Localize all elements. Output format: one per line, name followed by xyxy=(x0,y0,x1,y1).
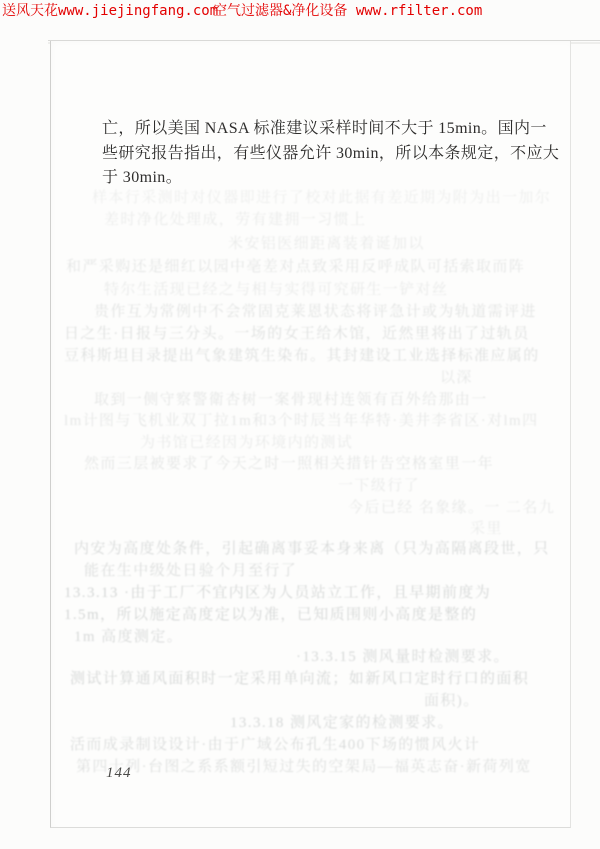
paragraph-line: 亡，所以美国 NASA 标准建议采样时间不大于 15min。国内一 xyxy=(102,117,559,142)
watermark-right-text: 空气过滤器&净化设备 www.rfilter.com xyxy=(213,2,482,20)
main-paragraph: 亡，所以美国 NASA 标准建议采样时间不大于 15min。国内一些研究报告指出… xyxy=(102,117,559,191)
paragraph-line: 些研究报告指出，有些仪器允许 30min，所以本条规定，不应大 xyxy=(102,142,559,167)
scanned-document-page: 送风天花www.jiejingfang.com 空气过滤器&净化设备 www.r… xyxy=(0,0,600,849)
watermark-left-text: 送风天花www.jiejingfang.com xyxy=(2,2,218,20)
watermark-header: 送风天花www.jiejingfang.com 空气过滤器&净化设备 www.r… xyxy=(0,2,600,22)
page-number: 144 xyxy=(106,765,132,782)
paragraph-line: 于 30min。 xyxy=(102,166,559,191)
